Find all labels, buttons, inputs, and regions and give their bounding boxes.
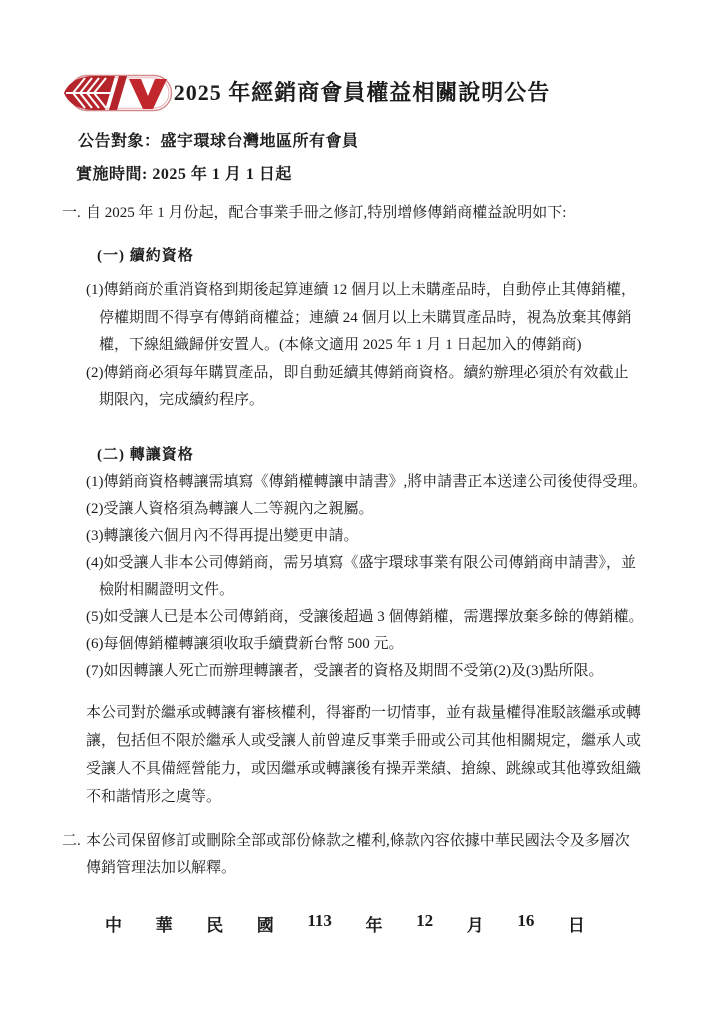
date-part: 國 <box>257 911 274 936</box>
effective-date: 實施時間: 2025 年 1 月 1 日起 <box>76 161 292 184</box>
date-part: 月 <box>467 911 484 936</box>
section1-heading: (一) 續約資格 <box>97 243 724 270</box>
doc-line: 讓，包括但不限於繼承人或受讓人前曾違反事業手冊或公司其他相關規定，繼承人或 <box>86 727 724 755</box>
date-part: 16 <box>517 911 534 936</box>
date-part: 12 <box>416 911 433 936</box>
doc-line: (2)傳銷商必須每年購買產品，即自動延續其傳銷商資格。續約辦理必須於有效截止 <box>86 360 724 388</box>
date-part: 年 <box>366 911 383 936</box>
point-one-text: 自 2025 年 1 月份起，配合事業手冊之修訂,特別增修傳銷商權益說明如下: <box>86 200 566 227</box>
point-two: 二. 本公司保留修訂或刪除全部或部份條款之權利,條款內容依據中華民國法令及多層次… <box>0 828 724 883</box>
doc-line: (1)傳銷商於重消資格到期後起算連續 12 個月以上未購產品時，自動停止其傳銷權… <box>86 277 724 305</box>
list-marker: 二. <box>62 828 86 856</box>
doc-line: (4)如受讓人非本公司傳銷商，需另填寫《盛宇環球事業有限公司傳銷商申請書》，並 <box>86 550 724 577</box>
date-part: 華 <box>156 911 173 936</box>
list-marker: 一. <box>62 200 86 227</box>
doc-line: 檢附相關證明文件。 <box>99 577 724 604</box>
page-title: 2025 年經銷商會員權益相關說明公告 <box>0 76 724 107</box>
point-two-line1: 二. 本公司保留修訂或刪除全部或部份條款之權利,條款內容依據中華民國法令及多層次 <box>62 828 724 856</box>
doc-line: (5)如受讓人已是本公司傳銷商，受讓後超過 3 個傳銷權，需選擇放棄多餘的傳銷權… <box>86 604 724 631</box>
doc-line: (3)轉讓後六個月內不得再提出變更申請。 <box>86 523 724 550</box>
doc-line: (6)每個傳銷權轉讓須收取手續費新台幣 500 元。 <box>86 631 724 658</box>
doc-line: (7)如因轉讓人死亡而辦理轉讓者，受讓者的資格及期間不受第(2)及(3)點所限。 <box>86 658 724 685</box>
announcement-audience: 公告對象：盛宇環球台灣地區所有會員 <box>78 128 359 151</box>
date-part: 日 <box>568 911 585 936</box>
date-part: 民 <box>206 911 223 936</box>
doc-line: (2)受讓人資格須為轉讓人二等親內之親屬。 <box>86 496 724 523</box>
document-body: 一. 自 2025 年 1 月份起，配合事業手冊之修訂,特別增修傳銷商權益說明如… <box>0 200 724 936</box>
announcement-document: 2025 年經銷商會員權益相關說明公告 公告對象：盛宇環球台灣地區所有會員 實施… <box>0 0 724 1024</box>
doc-line: 不和諧情形之虞等。 <box>86 783 724 811</box>
doc-line: 本公司保留修訂或刪除全部或部份條款之權利,條款內容依據中華民國法令及多層次 <box>86 828 630 856</box>
doc-line: 本公司對於繼承或轉讓有審核權利，得審酌一切情事，並有裁量權得准駁該繼承或轉 <box>86 699 724 727</box>
section2-heading: (二) 轉讓資格 <box>97 442 724 469</box>
review-rights-paragraph: 本公司對於繼承或轉讓有審核權利，得審酌一切情事，並有裁量權得准駁該繼承或轉 讓，… <box>0 699 724 811</box>
doc-line: 期限內，完成續約程序。 <box>99 387 724 415</box>
doc-line: (1)傳銷商資格轉讓需填寫《傳銷權轉讓申請書》,將申請書正本送達公司後使得受理。 <box>86 469 724 496</box>
doc-line: 權，下線組織歸併安置人。(本條文適用 2025 年 1 月 1 日起加入的傳銷商… <box>99 332 724 360</box>
doc-line: 受讓人不具備經營能力，或因繼承或轉讓後有操弄業績、搶線、跳線或其他導致組織 <box>86 755 724 783</box>
doc-line: 傳銷管理法加以解釋。 <box>86 855 724 883</box>
date-part: 113 <box>307 911 332 936</box>
doc-line: 停權期間不得享有傳銷商權益；連續 24 個月以上未購買產品時，視為放棄其傳銷 <box>99 305 724 333</box>
roc-date-line: 中 華 民 國 113 年 12 月 16 日 <box>105 911 585 936</box>
point-one: 一. 自 2025 年 1 月份起，配合事業手冊之修訂,特別增修傳銷商權益說明如… <box>62 200 724 227</box>
date-part: 中 <box>105 911 122 936</box>
